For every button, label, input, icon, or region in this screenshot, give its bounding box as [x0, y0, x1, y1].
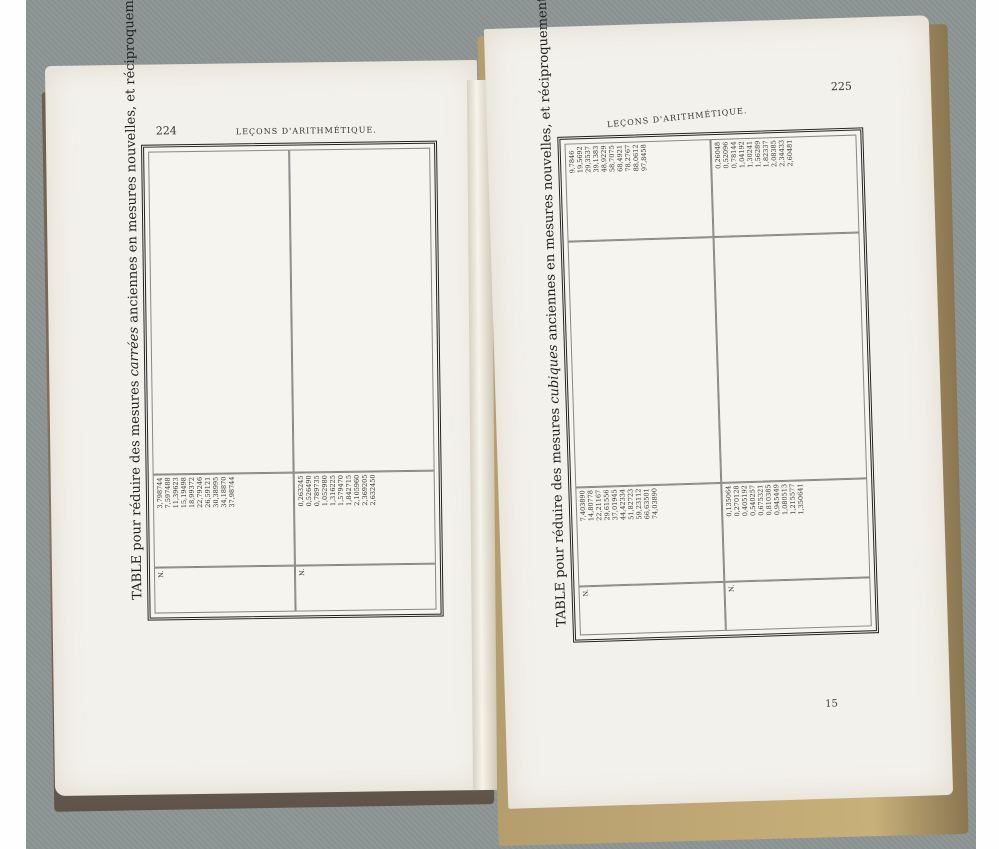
data-block — [568, 237, 722, 487]
left-page: 224 LEÇONS D'ARITHMÉTIQUE. TABLE pour ré… — [45, 60, 487, 796]
running-header-left: LEÇONS D'ARITHMÉTIQUE. — [236, 125, 377, 136]
signature-mark: 15 — [825, 698, 838, 709]
table-title-left: TABLE pour réduire des mesures carrées a… — [122, 0, 146, 600]
page-number-right: 225 — [831, 80, 852, 94]
header-cell: N. — [154, 565, 296, 613]
book-photograph: 224 LEÇONS D'ARITHMÉTIQUE. TABLE pour ré… — [0, 0, 999, 849]
running-header-right: LEÇONS D'ARITHMÉTIQUE. — [607, 106, 748, 129]
data-block — [148, 150, 294, 475]
data-column: 7,403890 14,80778 22,21167 29,61556 37,0… — [575, 483, 724, 586]
header-cell: N. — [295, 563, 437, 611]
right-page: LEÇONS D'ARITHMÉTIQUE. 225 TABLE pour ré… — [484, 15, 953, 809]
data-column: 9,7846 19,5692 29,3537 39,1383 48,9229 5… — [564, 139, 713, 242]
square-measures-table: N. N. 3,798744 7,597488 11,39623 15,1949… — [141, 141, 444, 621]
data-column: 0,263245 0,526490 0,789735 1,052980 1,31… — [294, 471, 436, 565]
header-cell: N. — [578, 582, 725, 636]
data-column: 3,798744 7,597488 11,39623 15,19498 18,9… — [153, 473, 295, 567]
header-cell: N. — [724, 577, 871, 631]
data-column: 0,26048 0,52096 0,78144 1,04192 1,30241 … — [710, 135, 859, 238]
page-number-left: 224 — [156, 124, 177, 137]
data-block — [714, 233, 868, 483]
data-block — [289, 148, 435, 473]
data-column: 0,135064 0,270128 0,405192 0,540257 0,67… — [721, 479, 870, 582]
cubic-measures-table: N. N. 7,403890 14,80778 22,21167 29,6155… — [557, 127, 879, 642]
